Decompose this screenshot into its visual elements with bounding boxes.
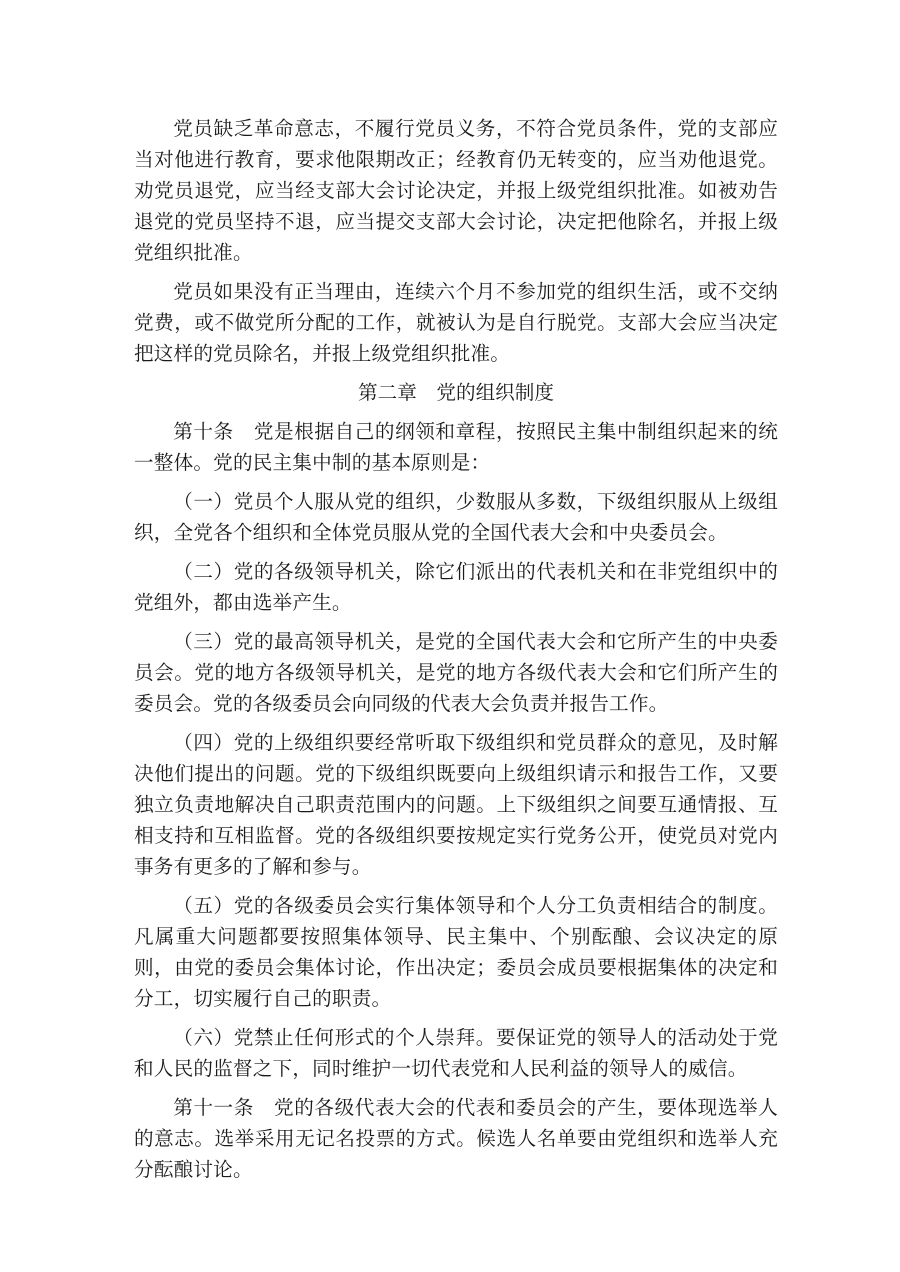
chapter-heading: 第二章 党的组织制度 (134, 377, 778, 408)
paragraph-principle-4: （四）党的上级组织要经常听取下级组织和党员群众的意见，及时解决他们提出的问题。党… (134, 727, 778, 882)
paragraph-article-10: 第十条 党是根据自己的纲领和章程，按照民主集中制组织起来的统一整体。党的民主集中… (134, 416, 778, 478)
paragraph-principle-3: （三）党的最高领导机关，是党的全国代表大会和它所产生的中央委员会。党的地方各级领… (134, 626, 778, 719)
paragraph-principle-5: （五）党的各级委员会实行集体领导和个人分工负责相结合的制度。凡属重大问题都要按照… (134, 890, 778, 1014)
document-page: 党员缺乏革命意志，不履行党员义务，不符合党员条件，党的支部应当对他进行教育，要求… (134, 113, 778, 1193)
paragraph-principle-6: （六）党禁止任何形式的个人崇拜。要保证党的领导人的活动处于党和人民的监督之下，同… (134, 1022, 778, 1084)
paragraph-principle-2: （二）党的各级领导机关，除它们派出的代表机关和在非党组织中的党组外，都由选举产生… (134, 556, 778, 618)
paragraph-principle-1: （一）党员个人服从党的组织，少数服从多数，下级组织服从上级组织，全党各个组织和全… (134, 486, 778, 548)
paragraph-article-11: 第十一条 党的各级代表大会的代表和委员会的产生，要体现选举人的意志。选举采用无记… (134, 1092, 778, 1185)
paragraph-persuade-withdraw: 党员缺乏革命意志，不履行党员义务，不符合党员条件，党的支部应当对他进行教育，要求… (134, 113, 778, 268)
paragraph-self-withdrawal: 党员如果没有正当理由，连续六个月不参加党的组织生活，或不交纳党费，或不做党所分配… (134, 276, 778, 369)
